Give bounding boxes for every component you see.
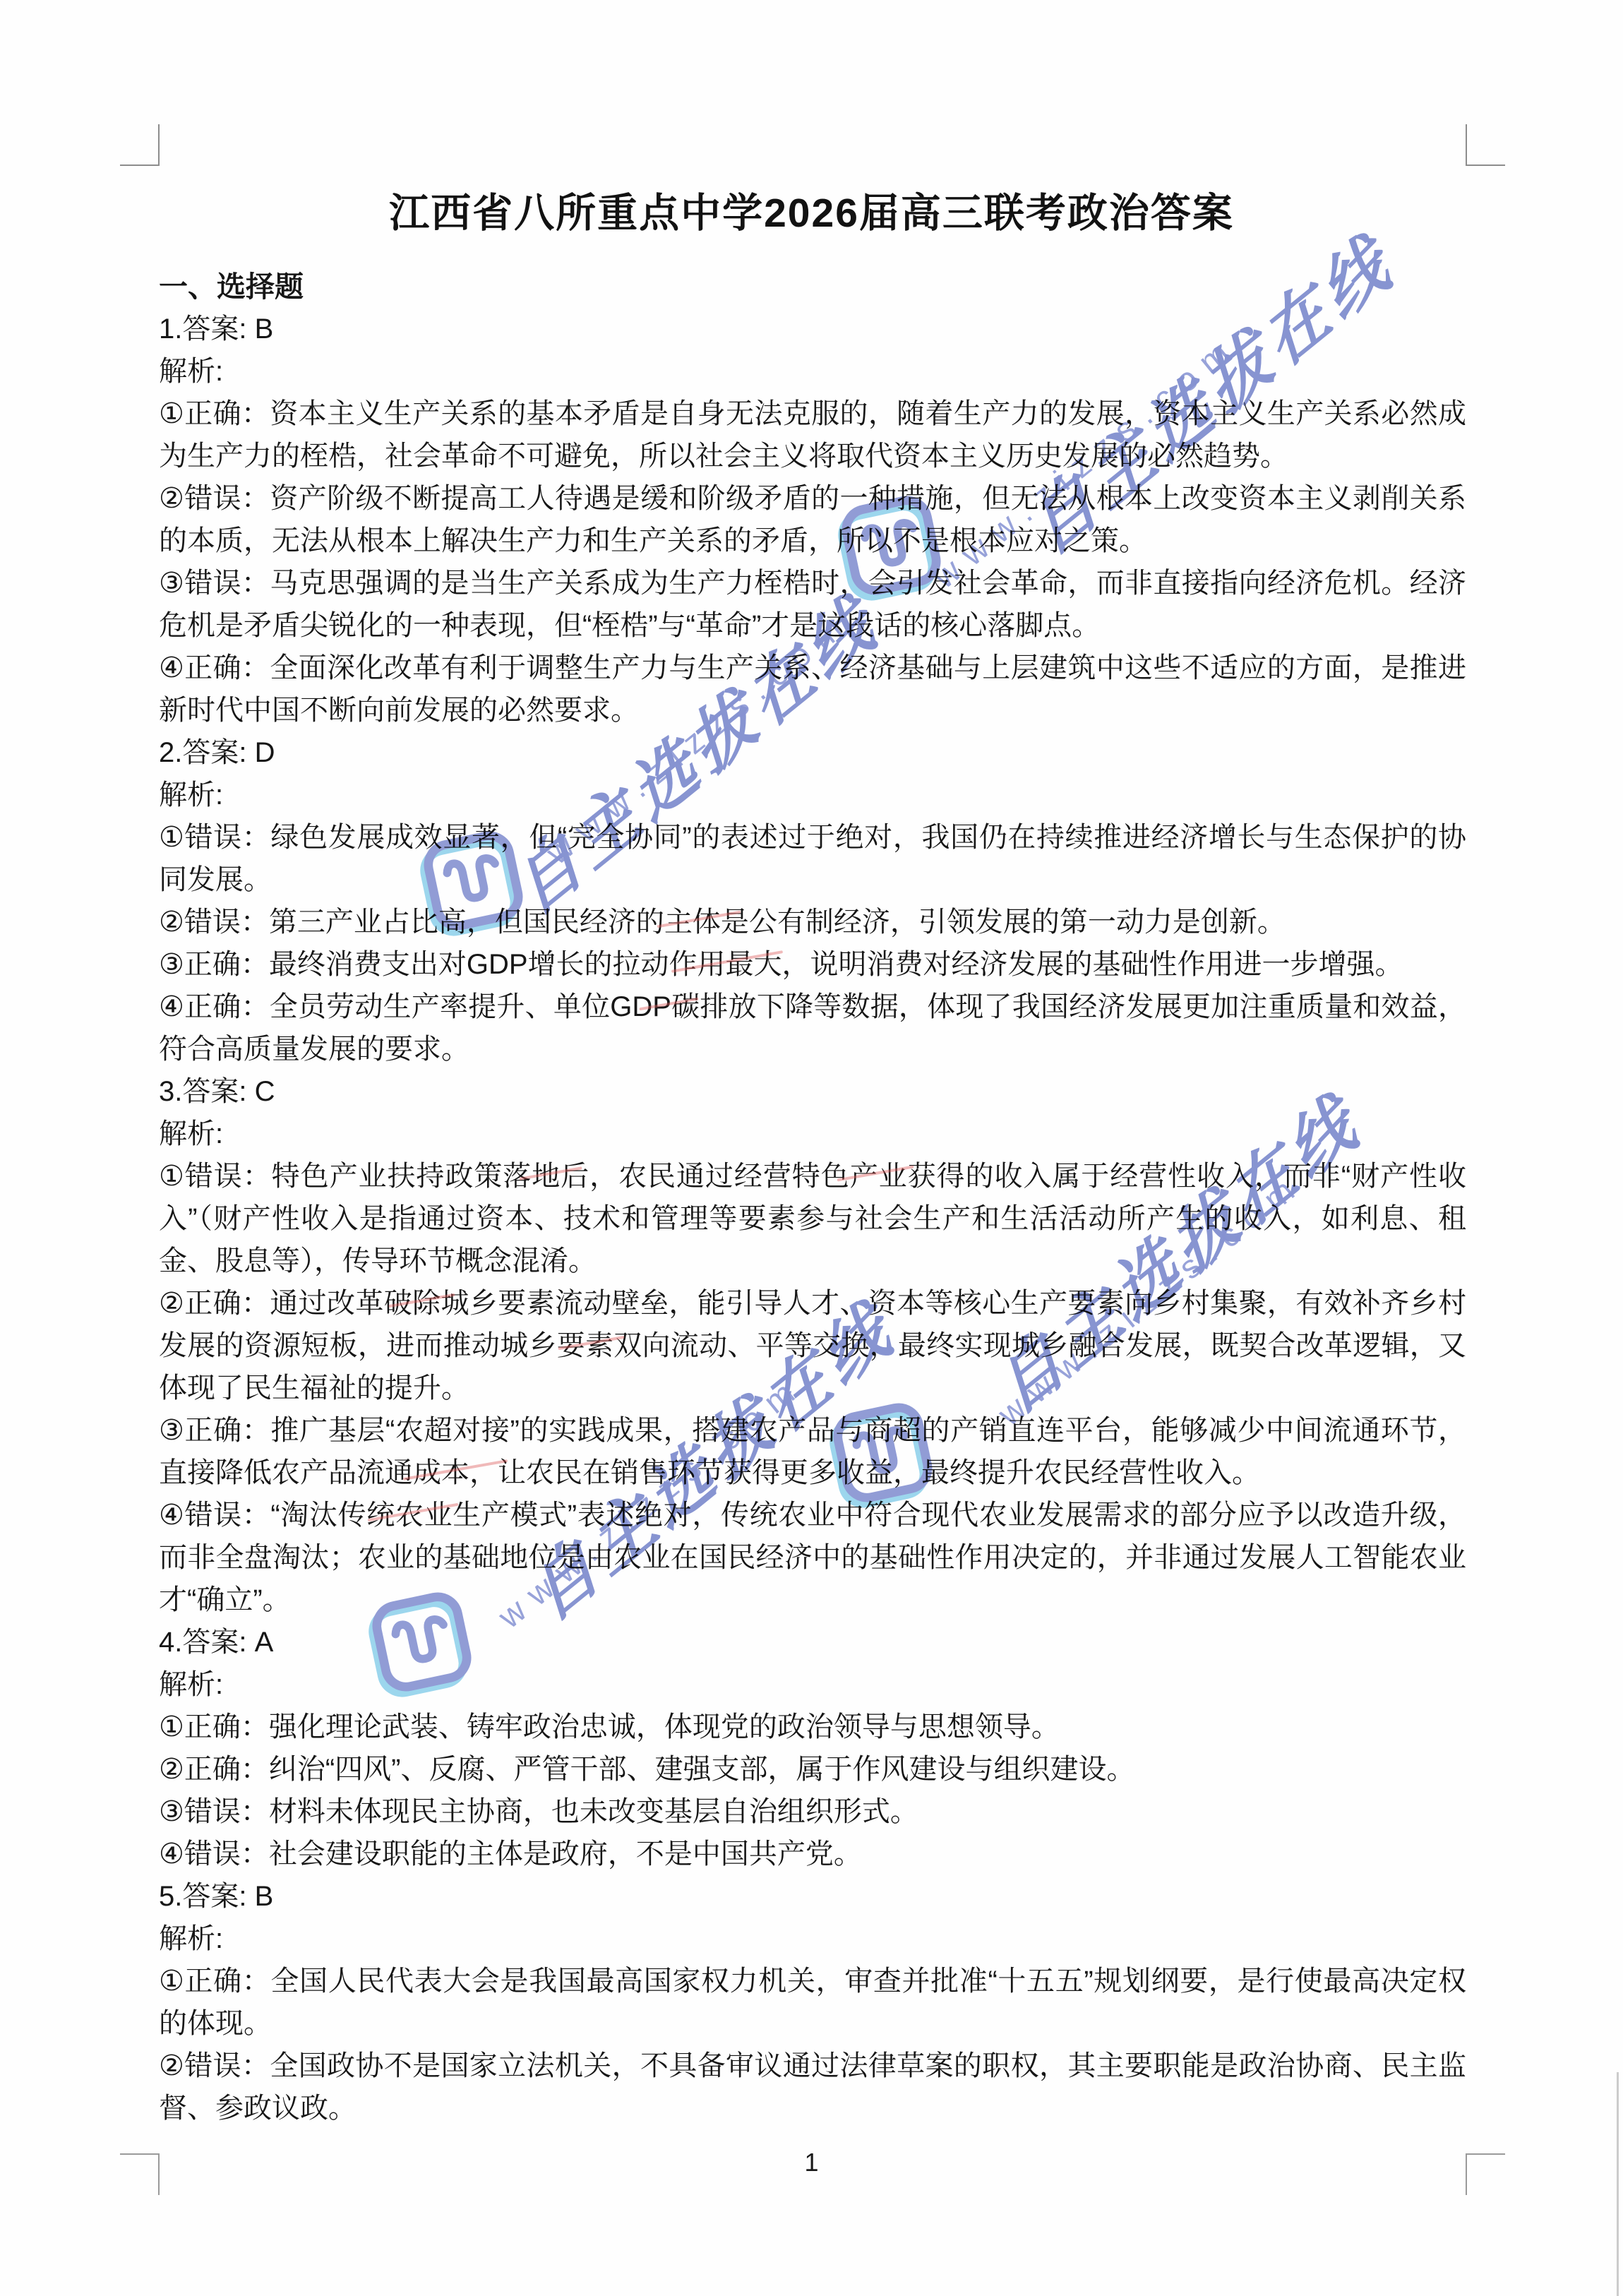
corner-mark-bottom-right bbox=[1466, 2153, 1505, 2195]
scanned-answer-page: 江西省八所重点中学2026届高三联考政治答案 一、选择题 1.答案: B 解析:… bbox=[0, 0, 1623, 2296]
analysis-point: ④错误：“淘汰传统农业生产模式”表述绝对，传统农业中符合现代农业发展需求的部分应… bbox=[159, 1494, 1466, 1621]
document-title: 江西省八所重点中学2026届高三联考政治答案 bbox=[0, 181, 1623, 239]
corner-mark-bottom-left bbox=[120, 2153, 160, 2195]
analysis-point: ②错误：第三产业占比高，但国民经济的主体是公有制经济，引领发展的第一动力是创新。 bbox=[159, 901, 1466, 943]
page-number: 1 bbox=[0, 2148, 1623, 2177]
answer-label: 2.答案: D bbox=[159, 731, 1466, 774]
analysis-point: ②错误：资产阶级不断提高工人待遇是缓和阶级矛盾的一种措施，但无法从根本上改变资本… bbox=[159, 477, 1466, 562]
answer-label: 5.答案: B bbox=[159, 1875, 1466, 1918]
corner-mark-top-right bbox=[1466, 124, 1505, 166]
zizzs-logo-icon bbox=[825, 1394, 941, 1511]
analysis-label: 解析: bbox=[159, 1918, 1466, 1960]
answer-label: 3.答案: C bbox=[159, 1070, 1466, 1113]
answer-label: 4.答案: A bbox=[159, 1621, 1466, 1663]
analysis-label: 解析: bbox=[159, 774, 1466, 816]
analysis-point: ④正确：全员劳动生产率提升、单位GDP碳排放下降等数据，体现了我国经济发展更加注… bbox=[159, 986, 1466, 1070]
analysis-point: ①错误：绿色发展成效显著，但“完全协同”的表述过于绝对，我国仍在持续推进经济增长… bbox=[159, 816, 1466, 901]
analysis-point: ③错误：材料未体现民主协商，也未改变基层自治组织形式。 bbox=[159, 1790, 1466, 1833]
analysis-point: ②错误：全国政协不是国家立法机关，不具备审议通过法律草案的职权，其主要职能是政治… bbox=[159, 2045, 1466, 2129]
analysis-label: 解析: bbox=[159, 1663, 1466, 1706]
watermark-stamp: 自主选拔在线 www.zizzs.com bbox=[415, 823, 532, 939]
watermark-stamp: 自主选拔在线 www.zizzs.com bbox=[364, 1584, 480, 1700]
analysis-point: ③正确：最终消费支出对GDP增长的拉动作用最大，说明消费对经济发展的基础性作用进… bbox=[159, 943, 1466, 986]
corner-mark-top-left bbox=[120, 124, 160, 166]
analysis-point: ①正确：强化理论武装、铸牢政治忠诚，体现党的政治领导与思想领导。 bbox=[159, 1706, 1466, 1748]
zizzs-logo-icon bbox=[364, 1584, 480, 1700]
watermark-stamp: 自主选拔在线 www.zizzs.com bbox=[825, 1394, 941, 1511]
analysis-point: ②正确：纠治“四风”、反腐、严管干部、建强支部，属于作风建设与组织建设。 bbox=[159, 1748, 1466, 1790]
analysis-point: ①正确：全国人民代表大会是我国最高国家权力机关，审查并批准“十五五”规划纲要，是… bbox=[159, 1960, 1466, 2045]
analysis-point: ④错误：社会建设职能的主体是政府，不是中国共产党。 bbox=[159, 1833, 1466, 1875]
analysis-point: ①正确：资本主义生产关系的基本矛盾是自身无法克服的，随着生产力的发展，资本主义生… bbox=[159, 393, 1466, 477]
scan-edge-artifact bbox=[1617, 2072, 1619, 2296]
